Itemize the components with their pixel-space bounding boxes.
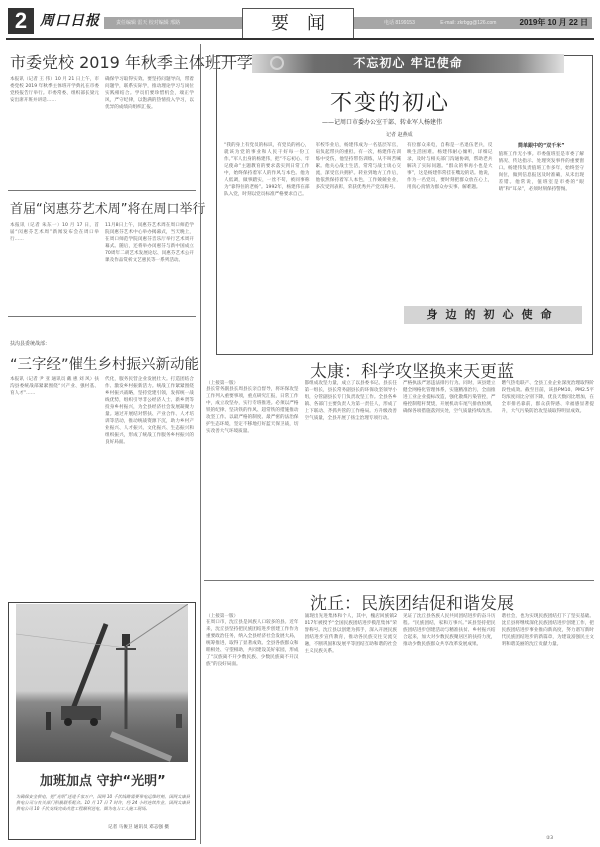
section-title: 要闻 (242, 8, 354, 38)
article-body-taikang: （上接第一版） (206, 380, 594, 576)
article-body-three-words: 本报讯（记者 尹 亚 通讯员 戴 惠 刘 风）扶沟县委统战部紧紧围绕“兴产业、强… (10, 376, 194, 598)
email: E-mail: zkrbgg@126.com (440, 20, 496, 26)
photo-headline: 加班加点 守护“光明” (40, 770, 166, 789)
headline-shenqiu[interactable]: 沈丘：民族团结促和谐发展 (310, 589, 514, 614)
subheadline: ——记周口市委办公室干部、转业军人杨建伟 (322, 117, 442, 126)
issue-date: 2019年 10 月 22 日 (520, 17, 588, 29)
photo-caption: 为确保安全供电，把“光明”送进千家万户，国网 10 千伏线路需要带电运维时刻，国… (16, 794, 190, 822)
header-rule (6, 38, 594, 40)
body-col-2 (305, 613, 398, 841)
party-emblem-icon (270, 56, 284, 70)
side-banner: 身边的初心使命 (404, 306, 582, 324)
article-body-shenqiu: （上接第一版） (206, 613, 594, 841)
lead-text: 本报讯（记者 王 伟）10 月 21 日上午，市委党校 2019 年秋季主体班开… (10, 76, 99, 186)
theme-banner: 不忘初心 牢记使命 (252, 54, 564, 73)
body-col-4 (502, 380, 595, 576)
body-col-2 (316, 142, 402, 302)
body-text (206, 386, 299, 574)
end-mark: ②3 (546, 836, 553, 841)
kicker: 扶沟县委统战部： (10, 340, 50, 347)
body-text (499, 151, 585, 291)
lead-text: 本报讯（记者 朱东一）10 月 17 日，首届“闵惠芬艺术周”新闻发布会在周口举… (10, 222, 99, 310)
editors-strip: 责任编辑 雷天 校对编辑 邢路 (104, 17, 244, 29)
byline: 记者 赵燕成 (386, 131, 413, 138)
body-text (105, 222, 194, 310)
body-col-2 (305, 380, 398, 576)
utility-work-photo-icon (16, 604, 188, 762)
column-rule (200, 44, 201, 844)
headline-three-words[interactable]: “三字经”催生乡村振兴新动能 (10, 353, 199, 374)
newspaper-name: 周口日报 (40, 10, 100, 30)
lead-text: 本报讯（记者 尹 亚 通讯员 戴 惠 刘 风）扶沟县委统战部紧紧围绕“兴产业、强… (10, 376, 99, 598)
hotline: 电话 8199153 (384, 20, 415, 26)
body-col-3 (407, 142, 493, 302)
body-col-1: （上接第一版） (206, 613, 299, 841)
article-body-art-week: 本报讯（记者 朱东一）10 月 17 日，首届“闵惠芬艺术周”新闻发布会在周口举… (10, 222, 194, 310)
body-text (105, 376, 194, 598)
page-number: 2 (8, 8, 34, 34)
body-col-3 (403, 380, 496, 576)
subheading: 简单跟中的“双千米” (499, 142, 585, 149)
divider (8, 316, 196, 317)
body-col-1: （上接第一版） (206, 380, 299, 576)
headline-unchanged[interactable]: 不变的初心 (330, 86, 450, 117)
divider (8, 190, 196, 191)
body-col-1 (224, 142, 310, 302)
body-col-4 (502, 613, 595, 841)
article-body-party-school: 本报讯（记者 王 伟）10 月 21 日上午，市委党校 2019 年秋季主体班开… (10, 76, 194, 186)
headline-art-week[interactable]: 首届“闵惠芬艺术周”将在周口举行 (10, 198, 205, 217)
news-photo (16, 604, 188, 762)
body-col-4: 简单跟中的“双千米” (499, 142, 585, 302)
photo-credit: 记者 马俊卫 通讯员 邓志强 摄 (108, 824, 169, 830)
body-text (206, 619, 299, 839)
feature-body: 简单跟中的“双千米” (224, 142, 584, 302)
divider (204, 580, 594, 581)
body-text (105, 76, 194, 186)
headline-taikang[interactable]: 太康：科学攻坚换来天更蓝 (310, 357, 514, 382)
body-col-3 (403, 613, 496, 841)
